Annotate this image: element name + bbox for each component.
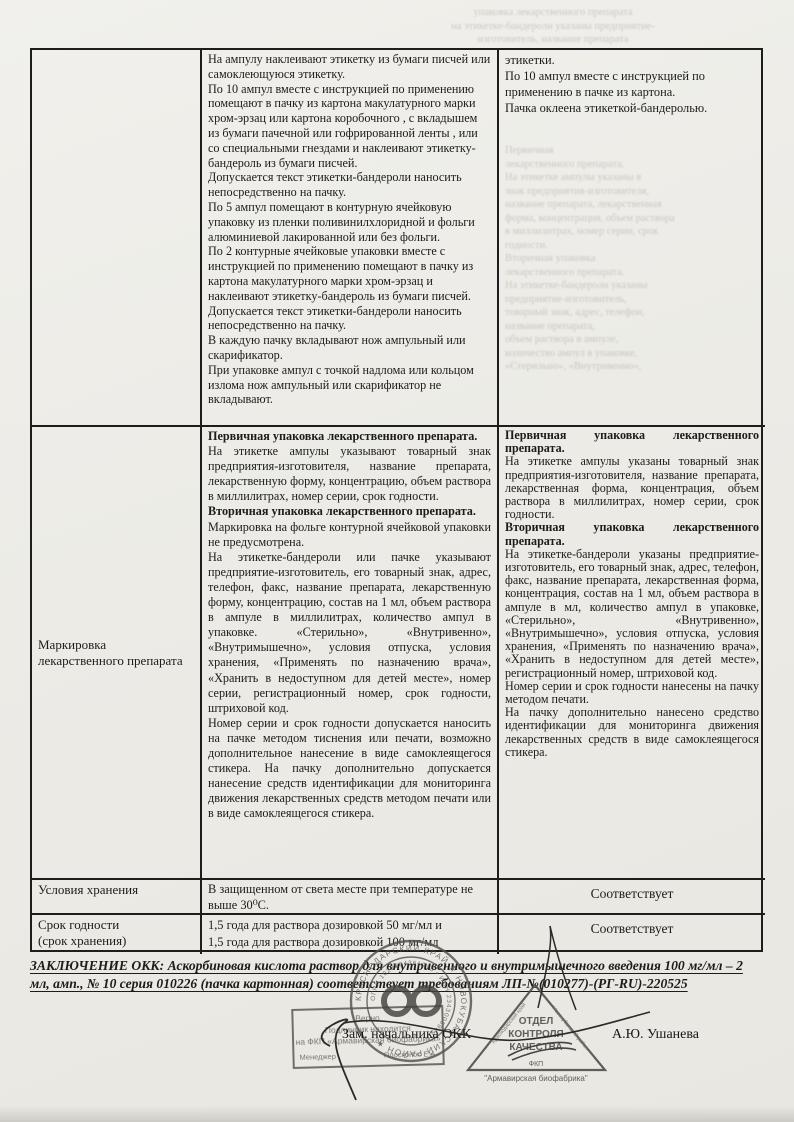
certify-stamp-position: Менеджер xyxy=(299,1051,336,1063)
conclusion-label: ЗАКЛЮЧЕНИЕ ОКК: xyxy=(30,958,164,973)
signatory-name: А.Ю. Ушанева xyxy=(612,1027,699,1043)
requirement-paragraph: Номер серии и срок годности допускается … xyxy=(208,716,491,822)
requirement-paragraph: По 10 ампул вместе с инструкцией по прим… xyxy=(208,82,491,171)
shelf-life-compliance-status: Соответствует xyxy=(591,921,674,936)
quality-control-triangle-stamp: ОТДЕЛ КОНТРОЛЯ КАЧЕСТВА ФКП "Армавирская… xyxy=(460,982,610,1087)
bleed-through-line: форма, концентрация, объем раствора xyxy=(505,212,759,226)
bleed-through-line: На этикетке-бандероли указаны xyxy=(505,279,759,293)
requirement-paragraph: По 2 контурные ячейковые упаковки вместе… xyxy=(208,244,491,303)
requirement-paragraph: На ампулу наклеивают этикетку из бумаги … xyxy=(208,52,491,82)
actual-paragraph: На пачку дополнительно нанесено средство… xyxy=(505,706,759,759)
requirement-paragraph: В каждую пачку вкладывают нож ампульный … xyxy=(208,333,491,363)
triangle-stamp-line4: ФКП xyxy=(529,1061,543,1068)
bleed-through-line: количество ампул в упаковке, xyxy=(505,347,759,361)
bleed-through-line: Первичная xyxy=(505,144,759,158)
actual-paragraph: Вторичная упаковка лекарственного препар… xyxy=(505,521,759,547)
requirement-paragraph: Вторичная упаковка лекарственного препар… xyxy=(208,504,491,519)
bleed-through-text-column: Первичная лекарственного препарата. На э… xyxy=(505,144,759,374)
bleed-through-line: лекарственного препарата. xyxy=(505,266,759,280)
bleed-through-line: упаковка лекарственного препарата xyxy=(388,6,718,20)
requirement-paragraph: По 5 ампул помещают в контурную ячейкову… xyxy=(208,200,491,244)
bleed-through-text-top: упаковка лекарственного препарата на эти… xyxy=(388,6,718,47)
actual-paragraph: Первичная упаковка лекарственного препар… xyxy=(505,429,759,455)
actual-paragraph: этикетки. xyxy=(505,52,759,68)
bleed-through-line: изготовитель, название препарата xyxy=(388,33,718,47)
bleed-through-line: товарный знак, адрес, телефон, xyxy=(505,306,759,320)
requirement-paragraph: На этикетке ампулы указывают товарный зн… xyxy=(208,444,491,504)
actual-paragraph: На этикетке ампулы указаны товарный знак… xyxy=(505,455,759,521)
scanned-qc-document-page: упаковка лекарственного препарата на эти… xyxy=(0,0,794,1122)
row-storage-label-cell: Условия хранения xyxy=(32,880,202,915)
round-company-seal: КРАСНОДАРСКИЙ КРАЙ ★ НОВОКУБАНСКИЙ РАЙОН… xyxy=(346,936,476,1066)
row-shelf-life-label-line2: (срок хранения) xyxy=(38,933,194,949)
bleed-through-line: предприятие-изготовитель, xyxy=(505,293,759,307)
scan-bottom-edge xyxy=(0,1106,794,1122)
triangle-border xyxy=(468,985,605,1070)
bleed-through-line: годности. xyxy=(505,239,759,253)
actual-paragraph: На этикетке-бандероли указаны предприяти… xyxy=(505,548,759,680)
bleed-through-line: название препарата, xyxy=(505,320,759,334)
compliance-table: На ампулу наклеивают этикетку из бумаги … xyxy=(30,48,763,952)
bleed-through-line: объем раствора в ампуле, xyxy=(505,333,759,347)
row-packaging-label-cell xyxy=(32,50,202,427)
signatory-position-title: Зам. начальника ОКК xyxy=(342,1027,471,1043)
row-marking-actual-cell: Первичная упаковка лекарственного препар… xyxy=(499,427,765,880)
row-marking-requirements-cell: Первичная упаковка лекарственного препар… xyxy=(202,427,499,880)
row-storage-actual-cell: Соответствует xyxy=(499,880,765,915)
actual-paragraph: Номер серии и срок годности нанесены на … xyxy=(505,680,759,706)
row-packaging-requirements-cell: На ампулу наклеивают этикетку из бумаги … xyxy=(202,50,499,427)
bleed-through-line: название препарата, лекарственная xyxy=(505,198,759,212)
bleed-through-line: На этикетке ампулы указаны в xyxy=(505,171,759,185)
storage-requirement: В защищенном от света месте при температ… xyxy=(208,882,473,912)
requirement-paragraph: Первичная упаковка лекарственного препар… xyxy=(208,429,491,444)
requirement-paragraph: Маркировка на фольге контурной ячейковой… xyxy=(208,520,491,550)
bleed-through-line: знак предприятия-изготовителя, xyxy=(505,185,759,199)
actual-paragraph: По 10 ампул вместе с инструкцией по прим… xyxy=(505,68,759,100)
bleed-through-line: лекарственного препарата. xyxy=(505,158,759,172)
requirement-paragraph: Допускается текст этикетки-бандероли нан… xyxy=(208,170,491,200)
shelf-life-requirement-line1: 1,5 года для раствора дозировкой 50 мг/м… xyxy=(208,917,491,934)
bleed-through-line: Вторичная упаковка xyxy=(505,252,759,266)
row-storage-label: Условия хранения xyxy=(38,882,138,897)
row-marking-label-cell: Маркировка лекарственного препарата xyxy=(32,427,202,880)
row-shelf-life-actual-cell: Соответствует xyxy=(499,915,765,954)
requirement-paragraph: Допускается текст этикетки-бандероли нан… xyxy=(208,304,491,334)
row-shelf-life-label-cell: Срок годности (срок хранения) xyxy=(32,915,202,954)
requirement-paragraph: При упаковке ампул с точкой надлома или … xyxy=(208,363,491,407)
row-shelf-life-label-line1: Срок годности xyxy=(38,917,194,933)
triangle-stamp-line5: "Армавирская биофабрика" xyxy=(484,1074,588,1083)
requirement-paragraph: На этикетке-бандероли или пачке указываю… xyxy=(208,550,491,716)
row-packaging-actual-cell: этикетки. По 10 ампул вместе с инструкци… xyxy=(499,50,765,427)
factory-logo-icon xyxy=(384,988,439,1014)
storage-compliance-status: Соответствует xyxy=(591,886,674,901)
bleed-through-line: на этикетке-бандероли указаны предприяти… xyxy=(388,20,718,34)
actual-paragraph: Пачка оклеена этикеткой-бандеролью. xyxy=(505,100,759,116)
bleed-through-line: «Стерильно», «Внутривенно», xyxy=(505,360,759,374)
triangle-stamp-line1: ОТДЕЛ xyxy=(519,1016,553,1027)
row-marking-label: Маркировка лекарственного препарата xyxy=(38,637,194,669)
triangle-stamp-line2: КОНТРОЛЯ xyxy=(508,1029,563,1040)
row-storage-requirements-cell: В защищенном от света месте при температ… xyxy=(202,880,499,915)
bleed-through-line: в миллилитрах, номер серии, срок xyxy=(505,225,759,239)
